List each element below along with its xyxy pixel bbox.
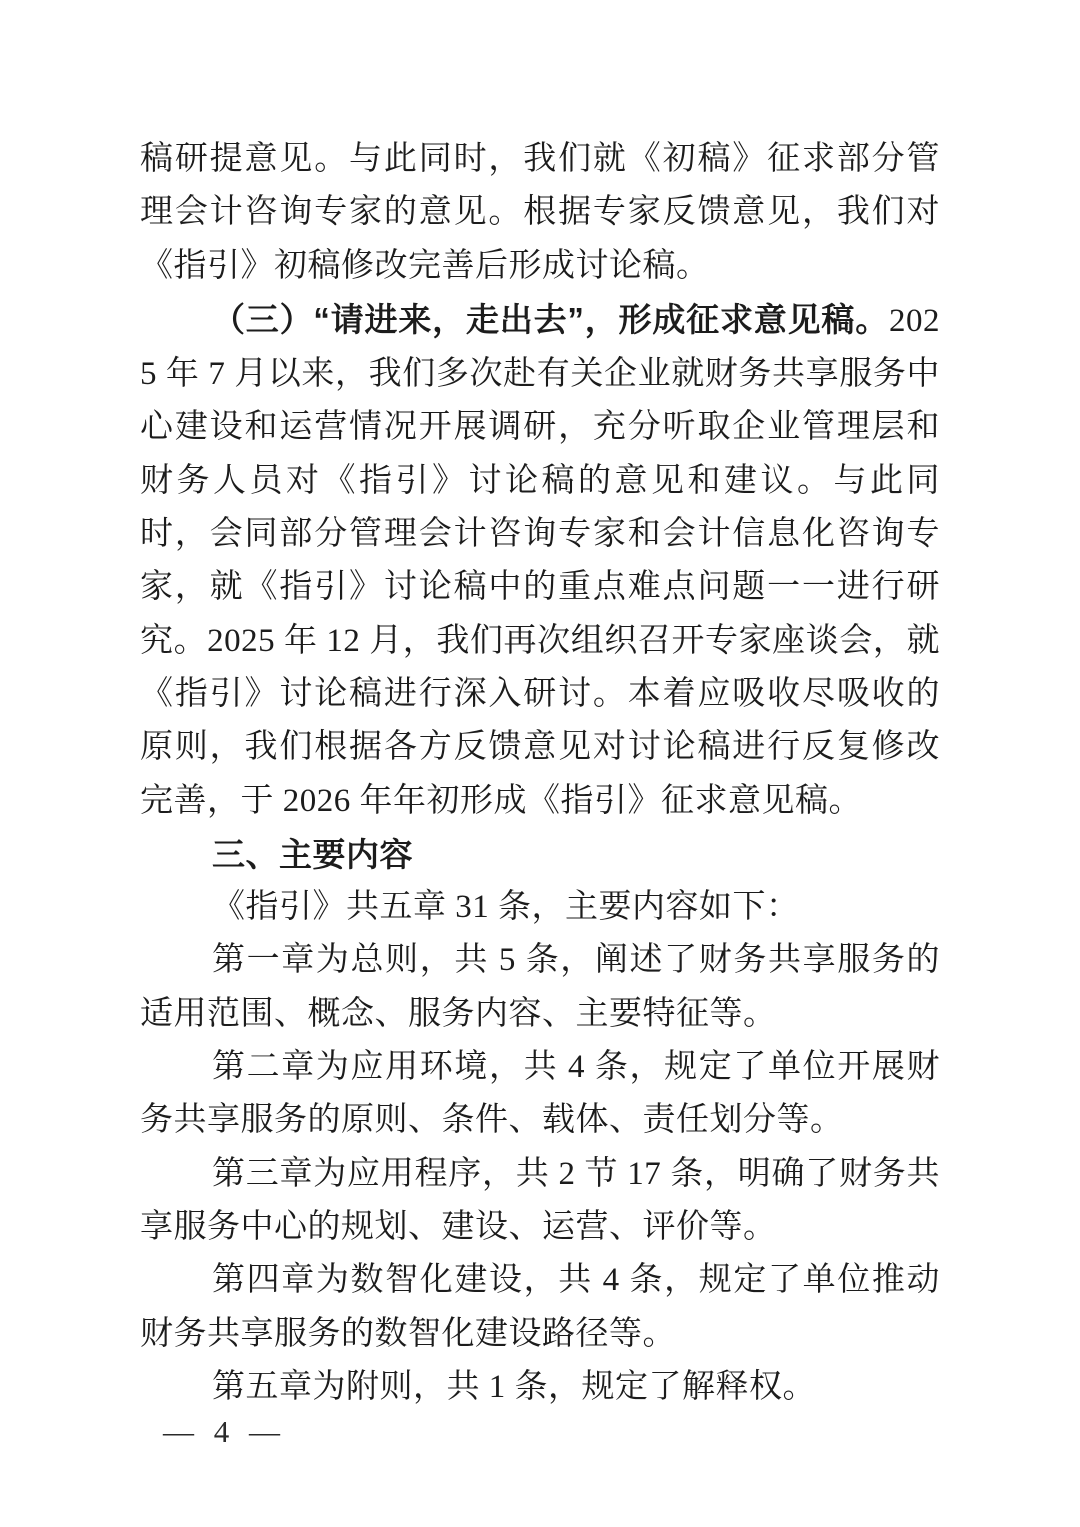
paragraph-chapter-2: 第二章为应用环境，共 4 条，规定了单位开展财务共享服务的原则、条件、载体、责任… xyxy=(140,1041,940,1148)
paragraph-overview: 《指引》共五章 31 条，主要内容如下： xyxy=(140,881,940,934)
subsection-heading: （三）“请进来，走出去”，形成征求意见稿。 xyxy=(212,301,889,338)
paragraph-chapter-5: 第五章为附则，共 1 条，规定了解释权。 xyxy=(140,1361,940,1414)
section-heading-main-content: 三、主要内容 xyxy=(140,828,940,881)
paragraph-continuation: 稿研提意见。与此同时，我们就《初稿》征求部分管理会计咨询专家的意见。根据专家反馈… xyxy=(140,133,940,293)
document-page: 稿研提意见。与此同时，我们就《初稿》征求部分管理会计咨询专家的意见。根据专家反馈… xyxy=(0,0,1080,1527)
page-number: — 4 — xyxy=(163,1412,281,1452)
paragraph-chapter-4: 第四章为数智化建设，共 4 条，规定了单位推动财务共享服务的数智化建设路径等。 xyxy=(140,1254,940,1361)
paragraph-chapter-1: 第一章为总则，共 5 条，阐述了财务共享服务的适用范围、概念、服务内容、主要特征… xyxy=(140,934,940,1041)
paragraph-text: 2025 年 7 月以来，我们多次赴有关企业就财务共享服务中心建设和运营情况开展… xyxy=(140,303,940,819)
paragraph-chapter-3: 第三章为应用程序，共 2 节 17 条，明确了财务共享服务中心的规划、建设、运营… xyxy=(140,1148,940,1255)
paragraph-section-3: （三）“请进来，走出去”，形成征求意见稿。2025 年 7 月以来，我们多次赴有… xyxy=(140,293,940,828)
document-body: 稿研提意见。与此同时，我们就《初稿》征求部分管理会计咨询专家的意见。根据专家反馈… xyxy=(140,133,940,1414)
